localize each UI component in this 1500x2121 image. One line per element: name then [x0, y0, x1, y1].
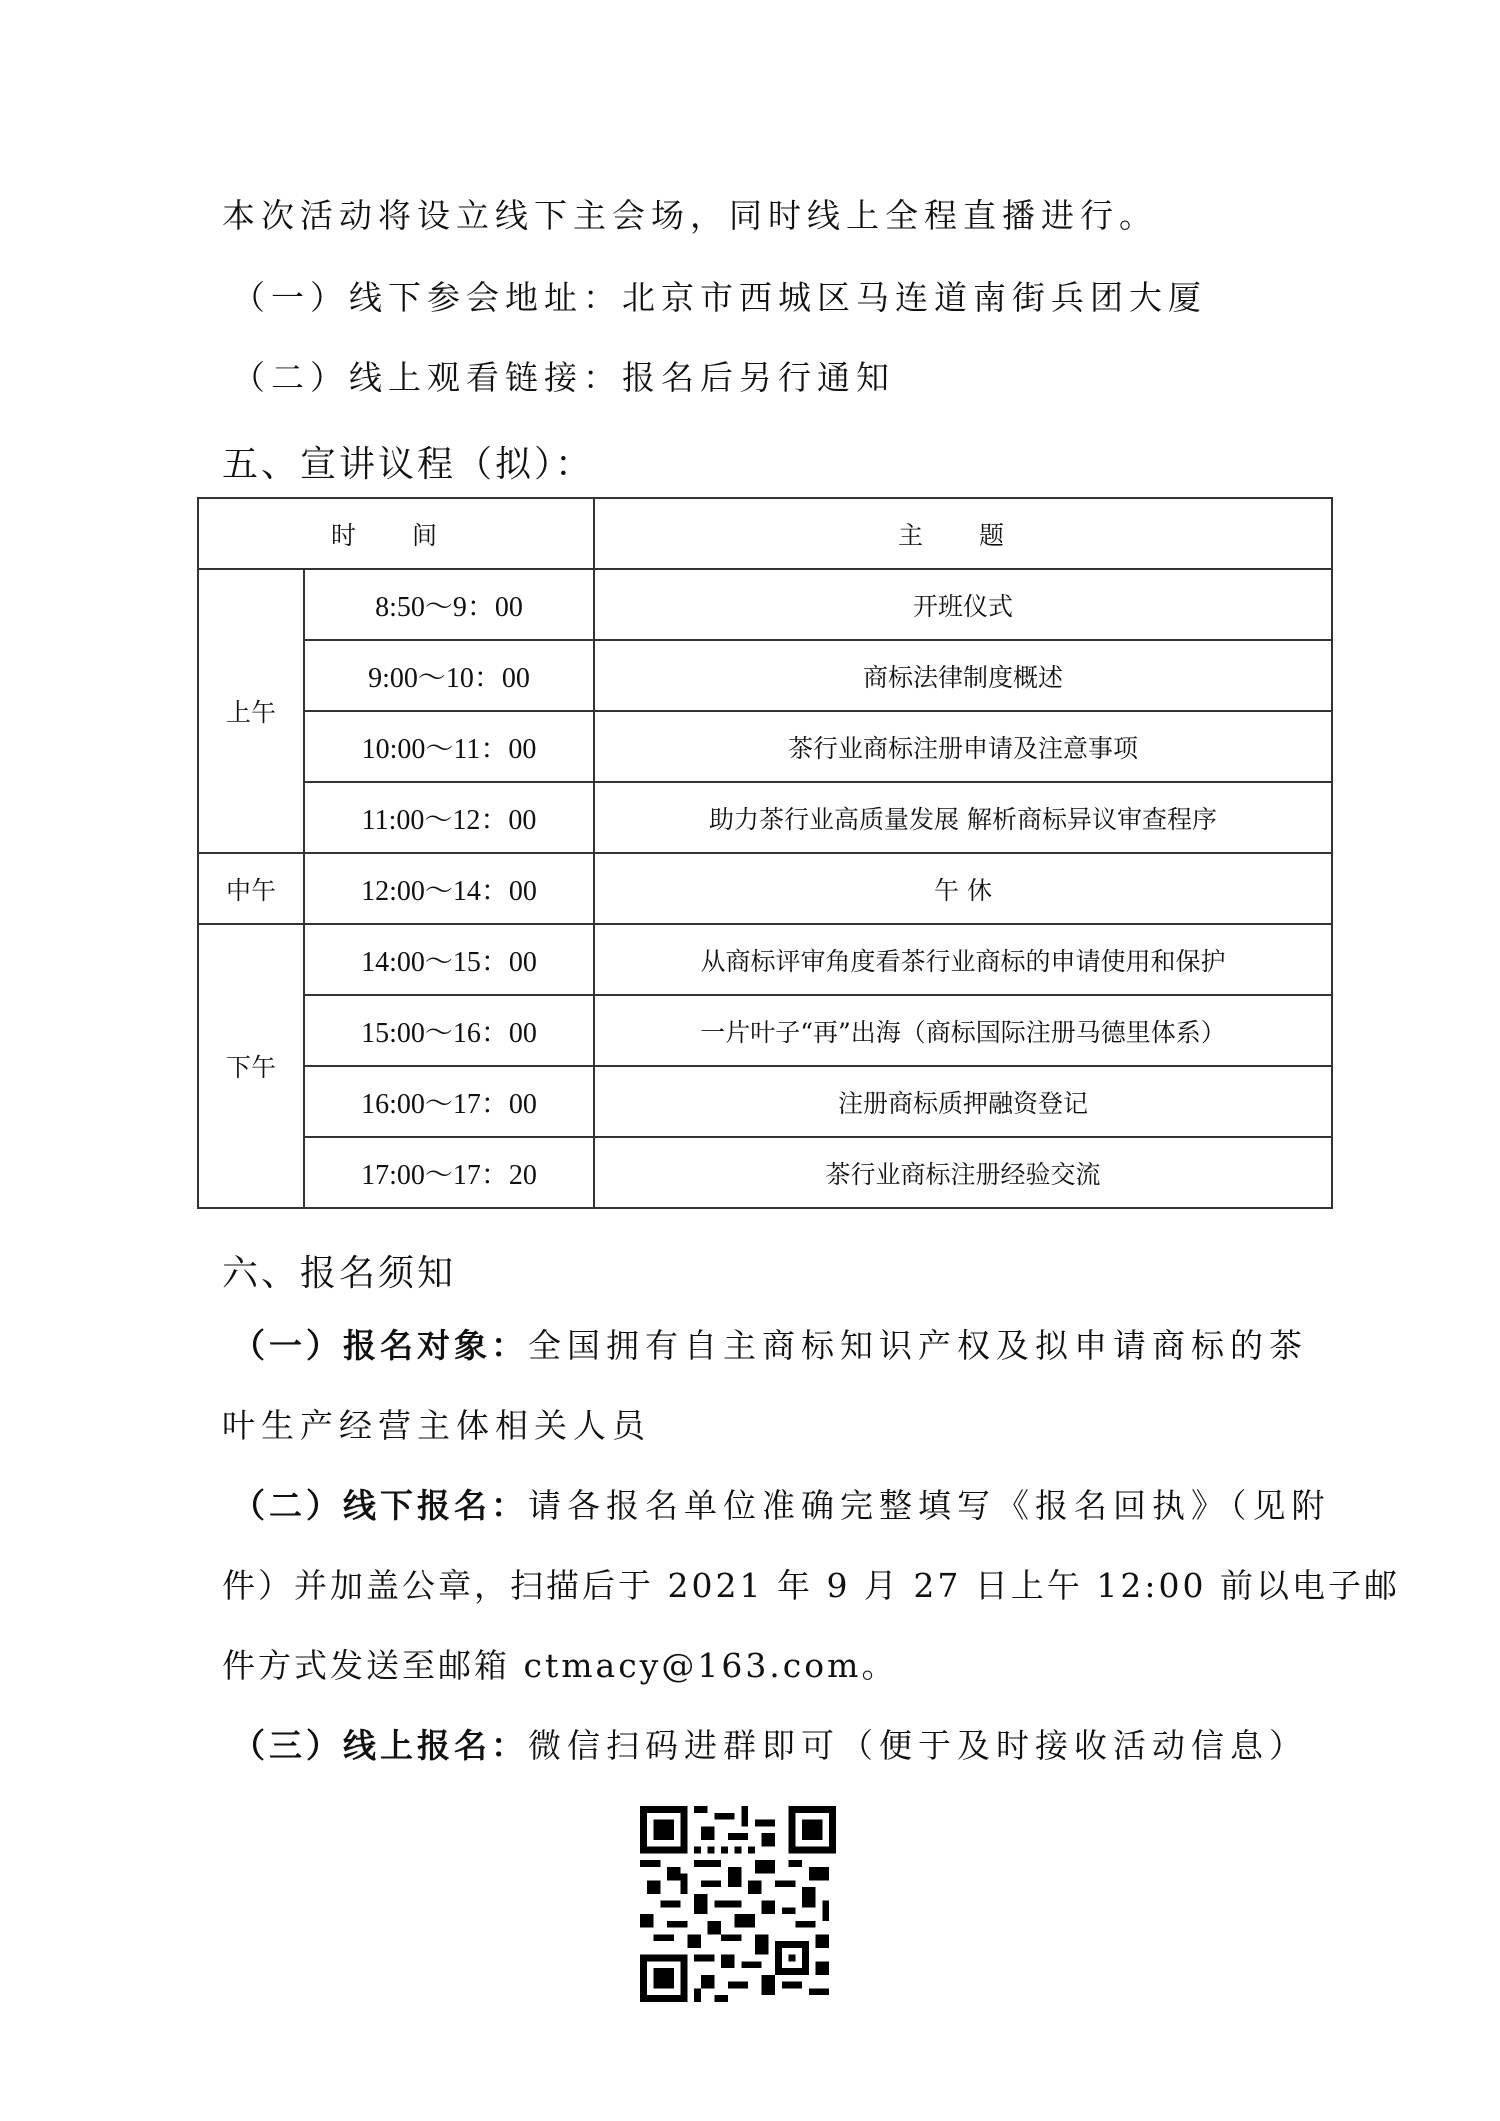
intro-paragraph: 本次活动将设立线下主会场，同时线上全程直播进行。 — [222, 196, 1158, 236]
table-row: 16:00～17：00 注册商标质押融资登记 — [198, 1066, 1332, 1137]
label-offline-registration: （二）线下报名： — [232, 1486, 528, 1525]
table-row: 中午 12:00～14：00 午 休 — [198, 853, 1332, 924]
offline-registration-email: 件方式发送至邮箱 ctmacy@163.com。 — [222, 1646, 897, 1686]
table-row: 上午 8:50～9：00 开班仪式 — [198, 569, 1332, 640]
label-registration-target: （一）报名对象： — [232, 1326, 528, 1365]
row-topic: 午 休 — [594, 853, 1332, 924]
online-registration-text: 微信扫码进群即可（便于及时接收活动信息） — [528, 1726, 1308, 1765]
period-afternoon: 下午 — [198, 924, 304, 1208]
row-topic: 助力茶行业高质量发展 解析商标异议审查程序 — [594, 782, 1332, 853]
row-time: 11:00～12：00 — [304, 782, 594, 853]
table-row: 15:00～16：00 一片叶子“再”出海（商标国际注册马德里体系） — [198, 995, 1332, 1066]
period-morning: 上午 — [198, 569, 304, 853]
period-noon: 中午 — [198, 853, 304, 924]
row-time: 8:50～9：00 — [304, 569, 594, 640]
section-6-heading: 六、报名须知 — [222, 1245, 456, 1296]
online-link-note: （二）线上观看链接：报名后另行通知 — [232, 358, 895, 398]
row-time: 17:00～17：20 — [304, 1137, 594, 1208]
registration-target-text: 全国拥有自主商标知识产权及拟申请商标的茶 — [528, 1326, 1308, 1365]
row-time: 12:00～14：00 — [304, 853, 594, 924]
table-row: 17:00～17：20 茶行业商标注册经验交流 — [198, 1137, 1332, 1208]
row-topic: 注册商标质押融资登记 — [594, 1066, 1332, 1137]
section-5-heading: 五、宣讲议程（拟）： — [222, 436, 594, 487]
wechat-qr-code-icon — [640, 1806, 836, 2002]
row-topic: 从商标评审角度看茶行业商标的申请使用和保护 — [594, 924, 1332, 995]
row-time: 10:00～11：00 — [304, 711, 594, 782]
row-time: 15:00～16：00 — [304, 995, 594, 1066]
table-row: 11:00～12：00 助力茶行业高质量发展 解析商标异议审查程序 — [198, 782, 1332, 853]
online-registration: （三）线上报名：微信扫码进群即可（便于及时接收活动信息） — [232, 1726, 1308, 1766]
row-topic: 茶行业商标注册申请及注意事项 — [594, 711, 1332, 782]
table-row: 下午 14:00～15：00 从商标评审角度看茶行业商标的申请使用和保护 — [198, 924, 1332, 995]
offline-registration: （二）线下报名：请各报名单位准确完整填写《报名回执》（见附 — [232, 1486, 1331, 1526]
row-time: 14:00～15：00 — [304, 924, 594, 995]
row-topic: 开班仪式 — [594, 569, 1332, 640]
table-row: 9:00～10：00 商标法律制度概述 — [198, 640, 1332, 711]
registration-target-cont: 叶生产经营主体相关人员 — [222, 1406, 651, 1446]
venue-address: （一）线下参会地址：北京市西城区马连道南街兵团大厦 — [232, 278, 1207, 318]
header-topic: 主 题 — [594, 498, 1332, 569]
registration-target: （一）报名对象：全国拥有自主商标知识产权及拟申请商标的茶 — [232, 1326, 1308, 1366]
label-online-registration: （三）线上报名： — [232, 1726, 528, 1765]
agenda-table: 时 间 主 题 上午 8:50～9：00 开班仪式 9:00～10：00 商标法… — [197, 497, 1333, 1209]
offline-registration-text: 请各报名单位准确完整填写《报名回执》（见附 — [528, 1486, 1331, 1525]
row-time: 16:00～17：00 — [304, 1066, 594, 1137]
qr-code-icon[interactable] — [640, 1806, 836, 2002]
header-time: 时 间 — [198, 498, 594, 569]
row-topic: 茶行业商标注册经验交流 — [594, 1137, 1332, 1208]
row-topic: 商标法律制度概述 — [594, 640, 1332, 711]
table-header-row: 时 间 主 题 — [198, 498, 1332, 569]
table-row: 10:00～11：00 茶行业商标注册申请及注意事项 — [198, 711, 1332, 782]
row-time: 9:00～10：00 — [304, 640, 594, 711]
row-topic: 一片叶子“再”出海（商标国际注册马德里体系） — [594, 995, 1332, 1066]
offline-registration-cont: 件）并加盖公章，扫描后于 2021 年 9 月 27 日上午 12:00 前以电… — [222, 1566, 1400, 1606]
